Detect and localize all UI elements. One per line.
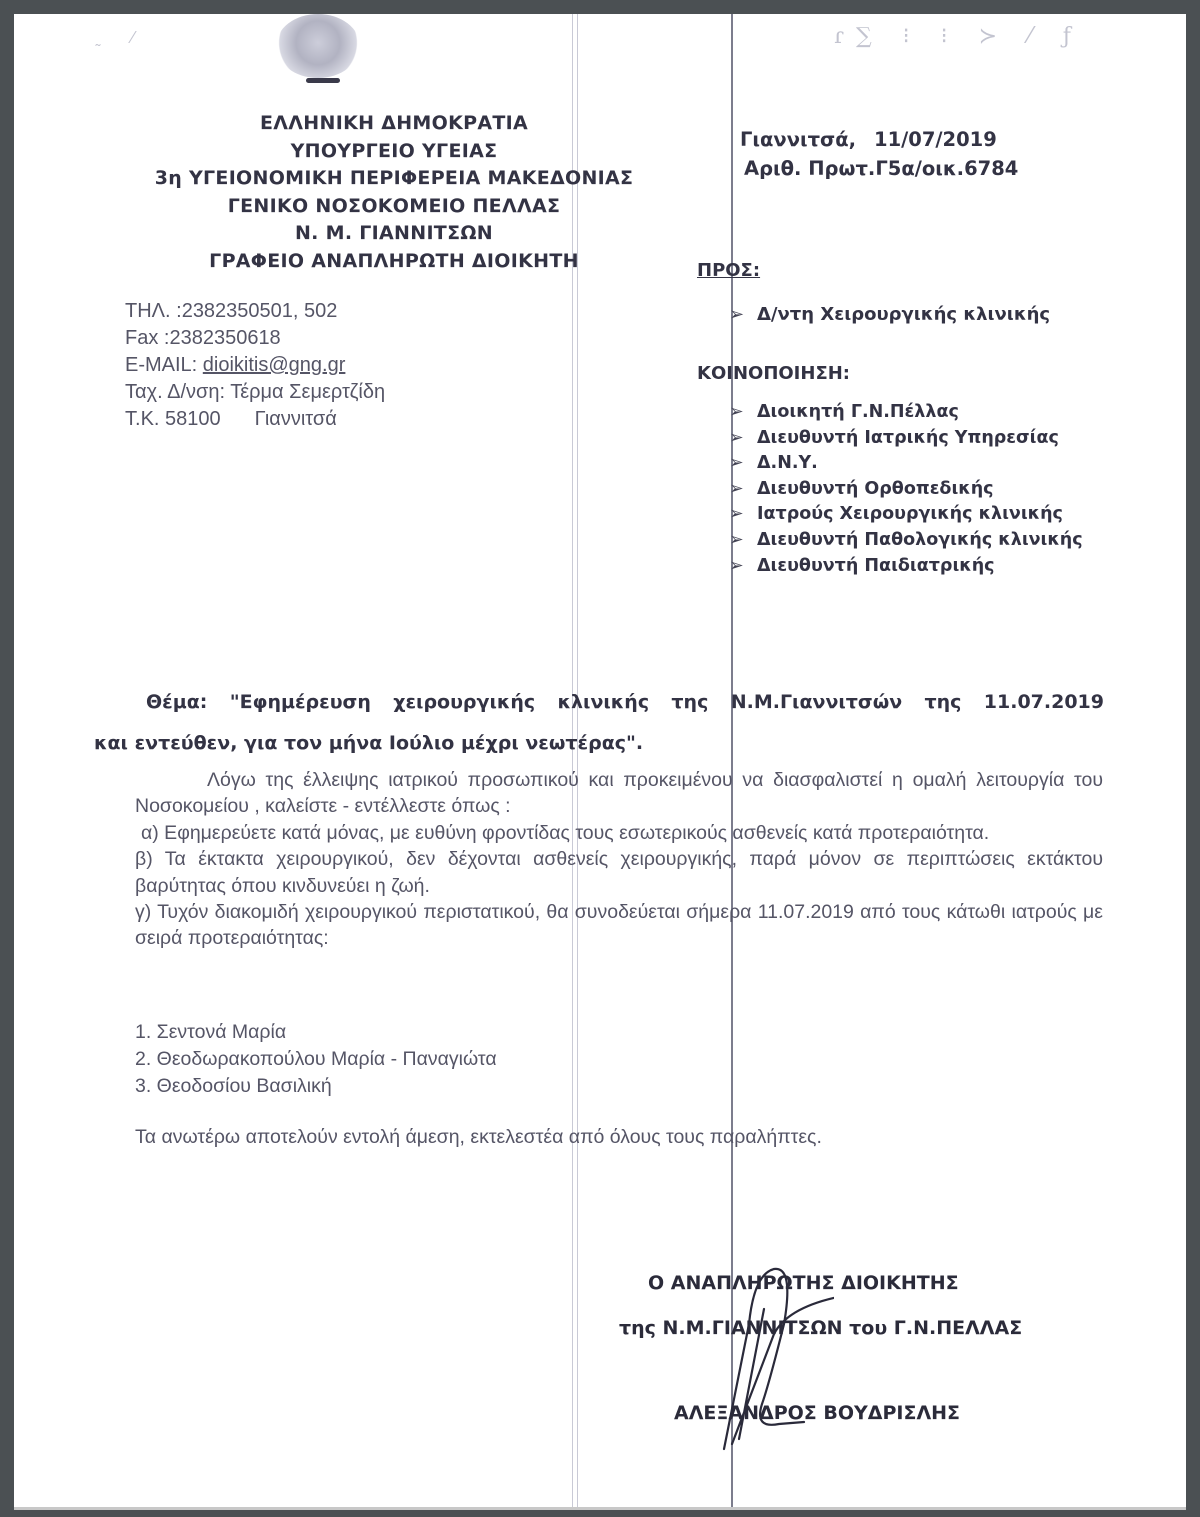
doctor-list: 1. Σεντονά Μαρία 2. Θεοδωρακοπούλου Μαρί… xyxy=(135,1019,497,1100)
signatory-title: Ο ΑΝΑΠΛΗΡΩΤΗΣ ΔΙΟΙΚΗΤΗΣ xyxy=(648,1272,959,1294)
place: Γιαννιτσά, xyxy=(740,128,856,151)
issuer-header: ΕΛΛΗΝΙΚΗ ΔΗΜΟΚΡΑΤΙΑ ΥΠΟΥΡΓΕΙΟ ΥΓΕΙΑΣ 3η … xyxy=(114,110,674,275)
official-seal-icon xyxy=(276,14,360,78)
list-item: ➢Δ.Ν.Υ. xyxy=(729,451,1083,477)
list-item: 2. Θεοδωρακοπούλου Μαρία - Παναγιώτα xyxy=(135,1046,497,1073)
header-line: ΥΠΟΥΡΓΕΙΟ ΥΓΕΙΑΣ xyxy=(114,138,674,166)
list-item: ➢Ιατρούς Χειρουργικής κλινικής xyxy=(729,502,1083,528)
cc-recipient: Ιατρούς Χειρουργικής κλινικής xyxy=(757,502,1063,528)
arrow-bullet-icon: ➢ xyxy=(729,400,757,426)
cc-recipient: Διευθυντή Ιατρικής Υπηρεσίας xyxy=(757,426,1059,452)
signatory-name: ΑΛΕΞΑΝΔΡΟΣ ΒΟΥΔΡΙΣΛΗΣ xyxy=(674,1402,960,1424)
list-item: ➢Διευθυντή Ιατρικής Υπηρεσίας xyxy=(729,426,1083,452)
header-line: Ν. Μ. ΓΙΑΝΝΙΤΣΩΝ xyxy=(114,220,674,248)
header-line: ΓΕΝΙΚΟ ΝΟΣΟΚΟΜΕΙΟ ΠΕΛΛΑΣ xyxy=(114,193,674,221)
cc-recipient: Διευθυντή Παθολογικής κλινικής xyxy=(757,528,1083,554)
list-item: ➢Διοικητή Γ.Ν.Πέλλας xyxy=(729,400,1083,426)
email-link[interactable]: dioikitis@gng.gr xyxy=(203,354,346,376)
body-text: Λόγω της έλλειψης ιατρικού προσωπικού κα… xyxy=(135,767,1103,952)
cc-recipient: Διευθυντή Ορθοπεδικής xyxy=(757,477,994,503)
list-item: ➢Δ/ντη Χειρουργικής κλινικής xyxy=(729,302,1050,328)
signatory-organization: της Ν.Μ.ΓΙΑΝΝΙΤΣΩΝ του Γ.Ν.ΠΕΛΛΑΣ xyxy=(619,1317,1022,1339)
cc-recipient: Δ.Ν.Υ. xyxy=(757,451,818,477)
subject-line: Θέμα: "Εφημέρευση χειρουργικής κλινικής … xyxy=(94,682,1104,723)
arrow-bullet-icon: ➢ xyxy=(729,451,757,477)
arrow-bullet-icon: ➢ xyxy=(729,502,757,528)
cc-recipient: Διοικητή Γ.Ν.Πέλλας xyxy=(757,400,959,426)
arrow-bullet-icon: ➢ xyxy=(729,554,757,580)
cc-label: ΚΟΙΝΟΠΟΙΗΣΗ: xyxy=(697,363,850,384)
postal-row: Τ.Κ. 58100Γιαννιτσά xyxy=(125,406,385,433)
subject: Θέμα: "Εφημέρευση χειρουργικής κλινικής … xyxy=(94,682,1104,764)
list-item: ➢Διευθυντή Παιδιατρικής xyxy=(729,554,1083,580)
handwritten-mark: ˷ ⁄ xyxy=(94,28,146,47)
instruction-b: β) Τα έκτακτα χειρουργικού, δεν δέχονται… xyxy=(135,846,1103,899)
place-date-row: Γιαννιτσά,11/07/2019 xyxy=(740,125,1018,154)
address: Ταχ. Δ/νση: Τέρμα Σεμερτζίδη xyxy=(125,379,385,406)
header-line: 3η ΥΓΕΙΟΝΟΜΙΚΗ ΠΕΡΙΦΕΡΕΙΑ ΜΑΚΕΔΟΝΙΑΣ xyxy=(114,165,674,193)
phone: ΤΗΛ. :2382350501, 502 xyxy=(125,298,385,325)
city: Γιαννιτσά xyxy=(255,408,337,430)
to-label: ΠΡΟΣ: xyxy=(697,260,760,281)
email-row: E-MAIL: dioikitis@gng.gr xyxy=(125,352,385,379)
subject-line: και εντεύθεν, για τον μήνα Ιούλιο μέχρι … xyxy=(94,732,643,754)
date: 11/07/2019 xyxy=(874,128,997,151)
closing-statement: Τα ανωτέρω αποτελούν εντολή άμεση, εκτελ… xyxy=(135,1126,822,1149)
email-label: E-MAIL: xyxy=(125,354,203,376)
list-item: 1. Σεντονά Μαρία xyxy=(135,1019,497,1046)
cc-recipient: Διευθυντή Παιδιατρικής xyxy=(757,554,995,580)
header-line: ΕΛΛΗΝΙΚΗ ΔΗΜΟΚΡΑΤΙΑ xyxy=(114,110,674,138)
handwritten-mark: ɾ∑ ⁝ ⁝ ≻ ⁄ ƒ xyxy=(834,24,1083,49)
arrow-bullet-icon: ➢ xyxy=(729,477,757,503)
arrow-bullet-icon: ➢ xyxy=(729,302,757,328)
document-meta: Γιαννιτσά,11/07/2019 Αριθ. Πρωτ.Γ5α/οικ.… xyxy=(740,125,1018,183)
list-item: ➢Διευθυντή Ορθοπεδικής xyxy=(729,477,1083,503)
arrow-bullet-icon: ➢ xyxy=(729,426,757,452)
instruction-a: α) Εφημερεύετε κατά μόνας, με ευθύνη φρο… xyxy=(135,820,1103,846)
list-item: ➢Διευθυντή Παθολογικής κλινικής xyxy=(729,528,1083,554)
list-item: 3. Θεοδοσίου Βασιλική xyxy=(135,1073,497,1100)
to-list: ➢Δ/ντη Χειρουργικής κλινικής xyxy=(729,302,1050,328)
header-line: ΓΡΑΦΕΙΟ ΑΝΑΠΛΗΡΩΤΗ ΔΙΟΙΚΗΤΗ xyxy=(114,248,674,276)
arrow-bullet-icon: ➢ xyxy=(729,528,757,554)
seal-ribbon-icon xyxy=(306,78,340,83)
fax: Fax :2382350618 xyxy=(125,325,385,352)
contact-info: ΤΗΛ. :2382350501, 502 Fax :2382350618 E-… xyxy=(125,298,385,433)
cc-list: ➢Διοικητή Γ.Ν.Πέλλας ➢Διευθυντή Ιατρικής… xyxy=(729,400,1083,579)
postal-code: Τ.Κ. 58100 xyxy=(125,408,221,430)
instruction-c: γ) Τυχόν διακομιδή χειρουργικού περιστατ… xyxy=(135,899,1103,952)
recipient: Δ/ντη Χειρουργικής κλινικής xyxy=(757,302,1050,328)
protocol-number: Αριθ. Πρωτ.Γ5α/οικ.6784 xyxy=(740,154,1018,183)
document-page: ˷ ⁄ ɾ∑ ⁝ ⁝ ≻ ⁄ ƒ ΕΛΛΗΝΙΚΗ ΔΗΜΟΚΡΑΤΙΑ ΥΠΟ… xyxy=(14,14,1186,1510)
intro-paragraph: Λόγω της έλλειψης ιατρικού προσωπικού κα… xyxy=(135,767,1103,820)
